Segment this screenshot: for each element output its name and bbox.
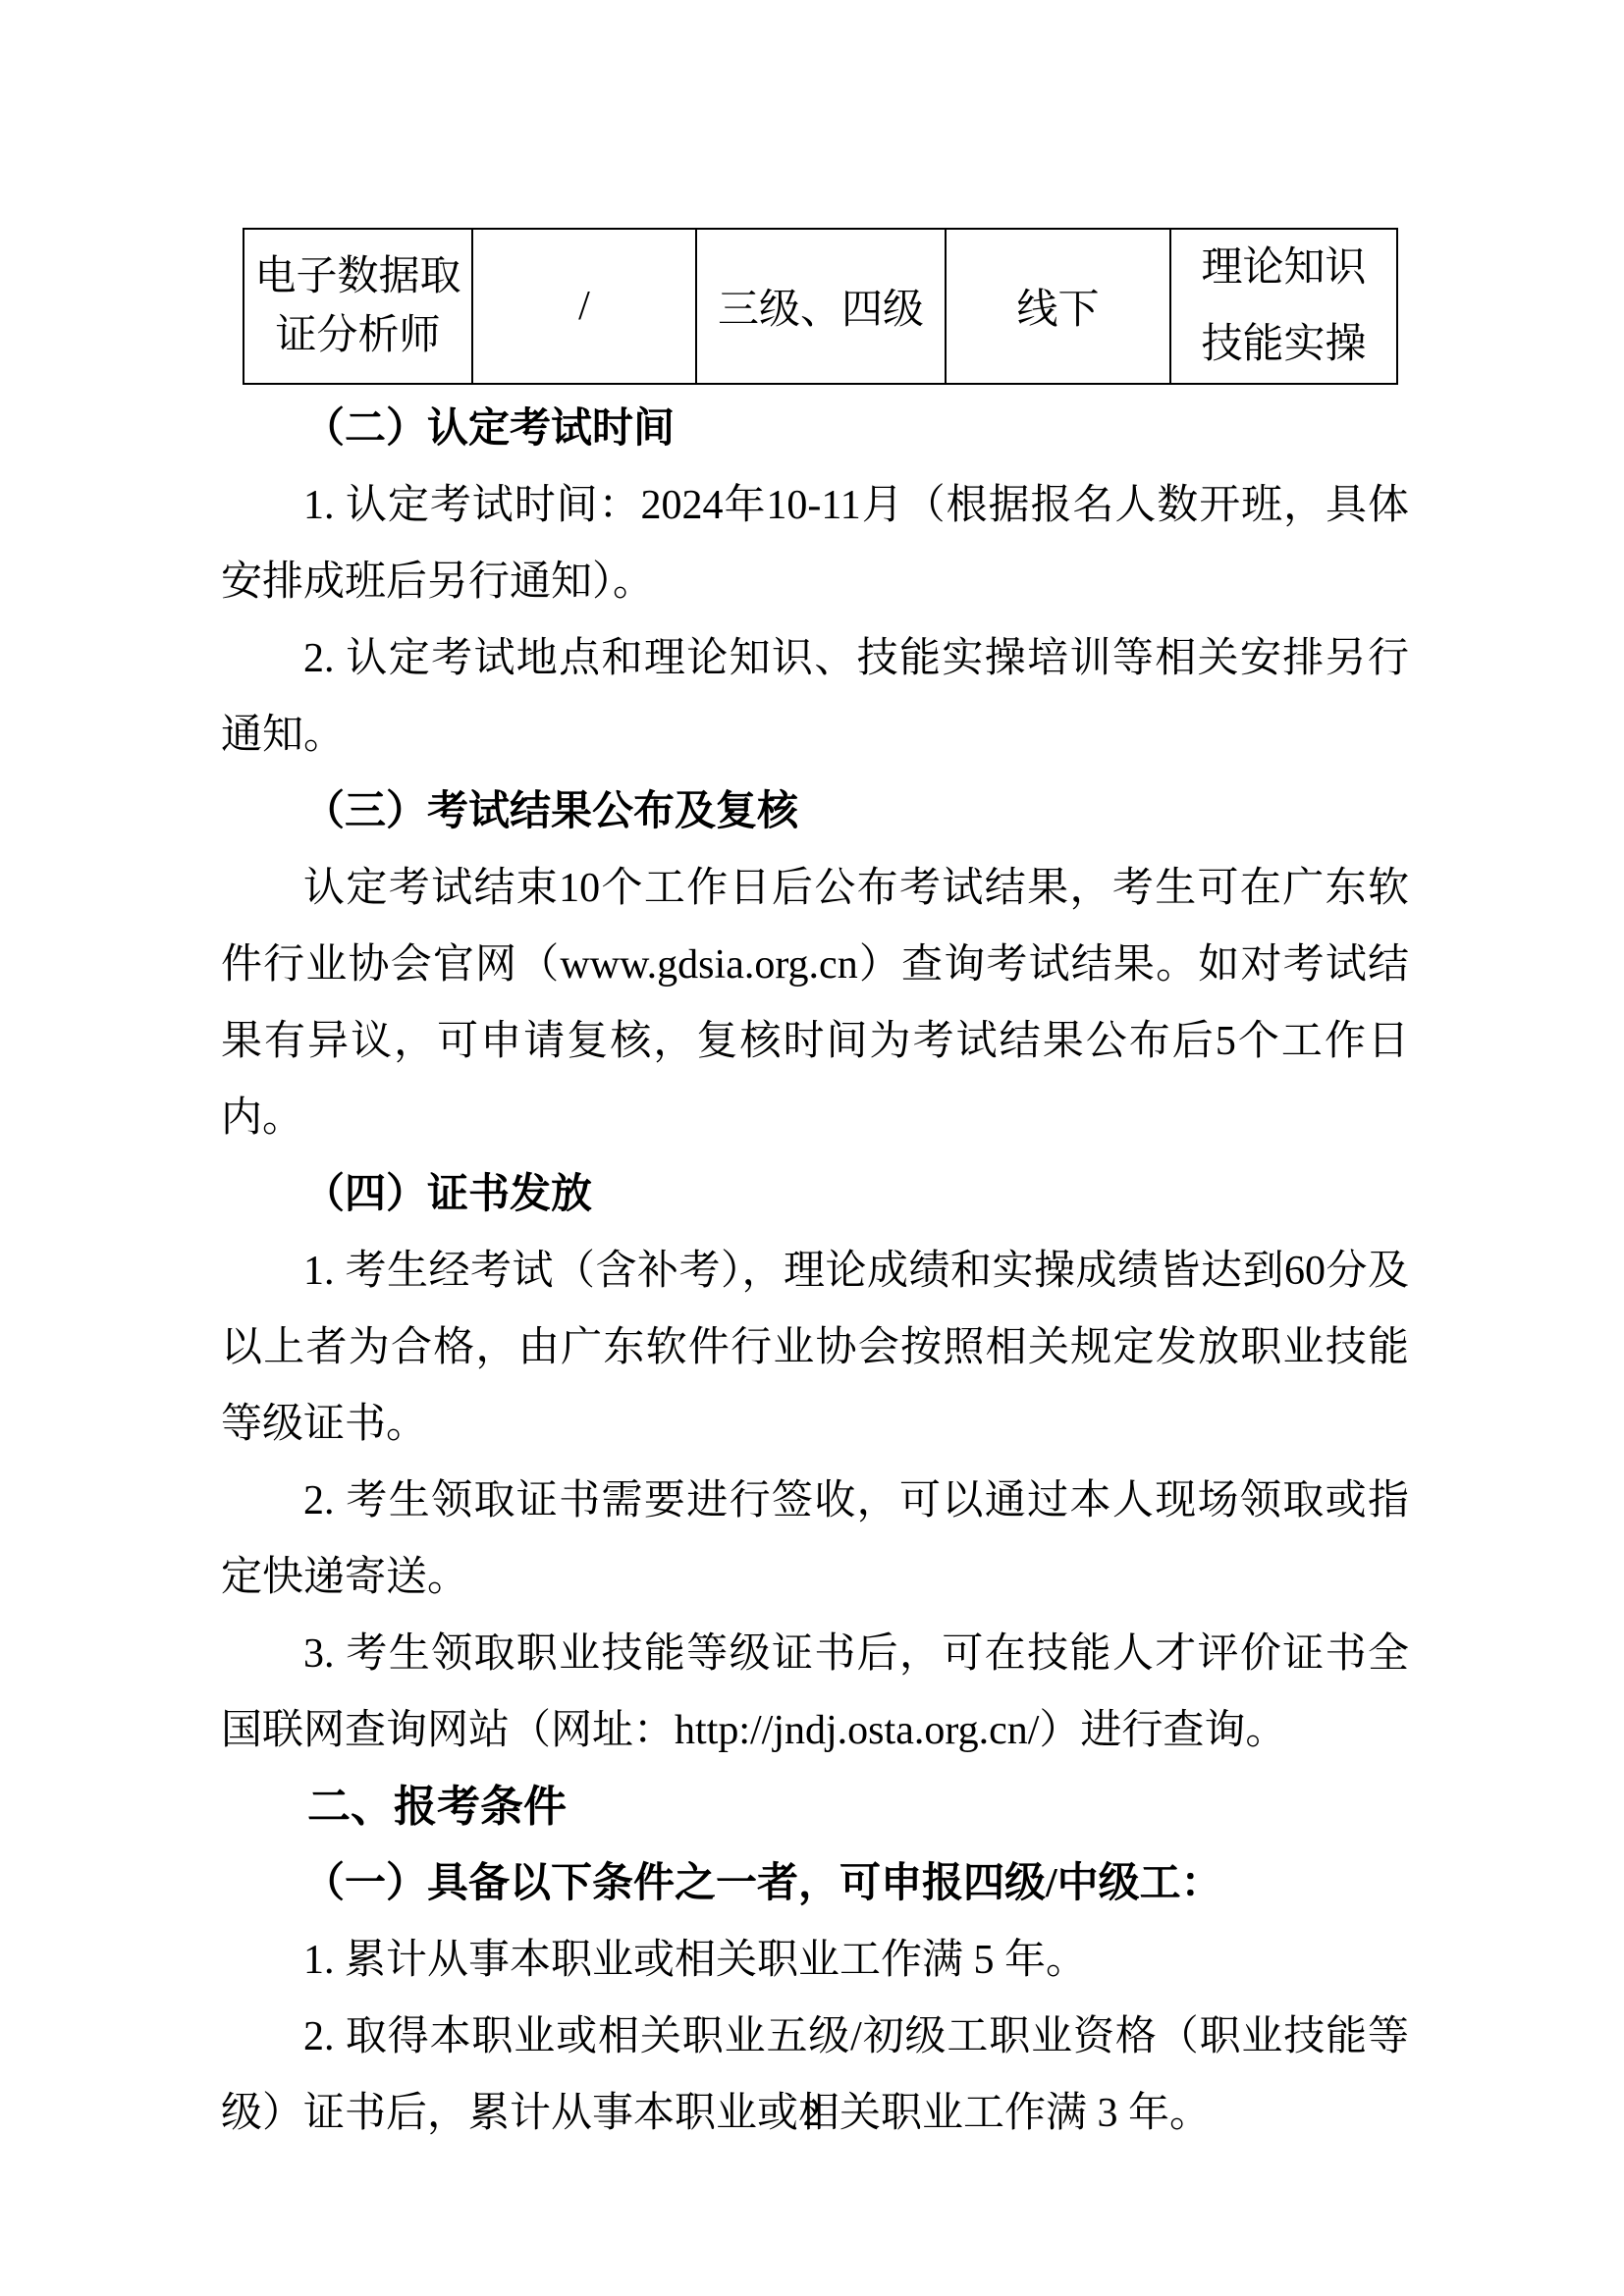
doc-paragraph: 2. 认定考试地点和理论知识、技能实操培训等相关安排另行通知。	[221, 620, 1409, 774]
doc-subheading: （一）具备以下条件之一者，可申报四级/中级工：	[221, 1845, 1409, 1922]
mode-cell: 线下	[946, 229, 1170, 384]
occupation-table: 电子数据取证分析师 / 三级、四级 线下 理论知识 技能实操	[243, 228, 1398, 385]
doc-subheading: （二）认定考试时间	[221, 391, 1409, 467]
doc-paragraph: 1. 认定考试时间：2024年10-11月（根据报名人数开班，具体安排成班后另行…	[221, 467, 1409, 620]
occupation-cell: 电子数据取证分析师	[244, 229, 472, 384]
slash-cell: /	[472, 229, 696, 384]
doc-section-heading: 二、报考条件	[221, 1769, 1409, 1845]
levels-cell: 三级、四级	[696, 229, 946, 384]
doc-subheading: （四）证书发放	[221, 1156, 1409, 1233]
assessment-cell: 理论知识 技能实操	[1170, 229, 1397, 384]
doc-paragraph: 3. 考生领取职业技能等级证书后，可在技能人才评价证书全国联网查询网站（网址：h…	[221, 1616, 1409, 1769]
table-row: 电子数据取证分析师 / 三级、四级 线下 理论知识 技能实操	[244, 229, 1397, 384]
doc-paragraph: 认定考试结束10个工作日后公布考试结果，考生可在广东软件行业协会官网（www.g…	[221, 850, 1409, 1156]
document-body: （二）认定考试时间 1. 认定考试时间：2024年10-11月（根据报名人数开班…	[221, 391, 1409, 2152]
assessment-line: 理论知识	[1171, 230, 1396, 306]
doc-paragraph: 2. 考生领取证书需要进行签收，可以通过本人现场领取或指定快递寄送。	[221, 1463, 1409, 1616]
page-number: 2	[0, 2093, 1624, 2136]
doc-paragraph: 1. 累计从事本职业或相关职业工作满 5 年。	[221, 1922, 1409, 1999]
doc-paragraph: 1. 考生经考试（含补考），理论成绩和实操成绩皆达到60分及以上者为合格，由广东…	[221, 1233, 1409, 1463]
assessment-line: 技能实操	[1171, 306, 1396, 383]
document-page: 电子数据取证分析师 / 三级、四级 线下 理论知识 技能实操 （二）认定考试时间…	[0, 0, 1624, 2296]
doc-subheading: （三）考试结果公布及复核	[221, 774, 1409, 850]
